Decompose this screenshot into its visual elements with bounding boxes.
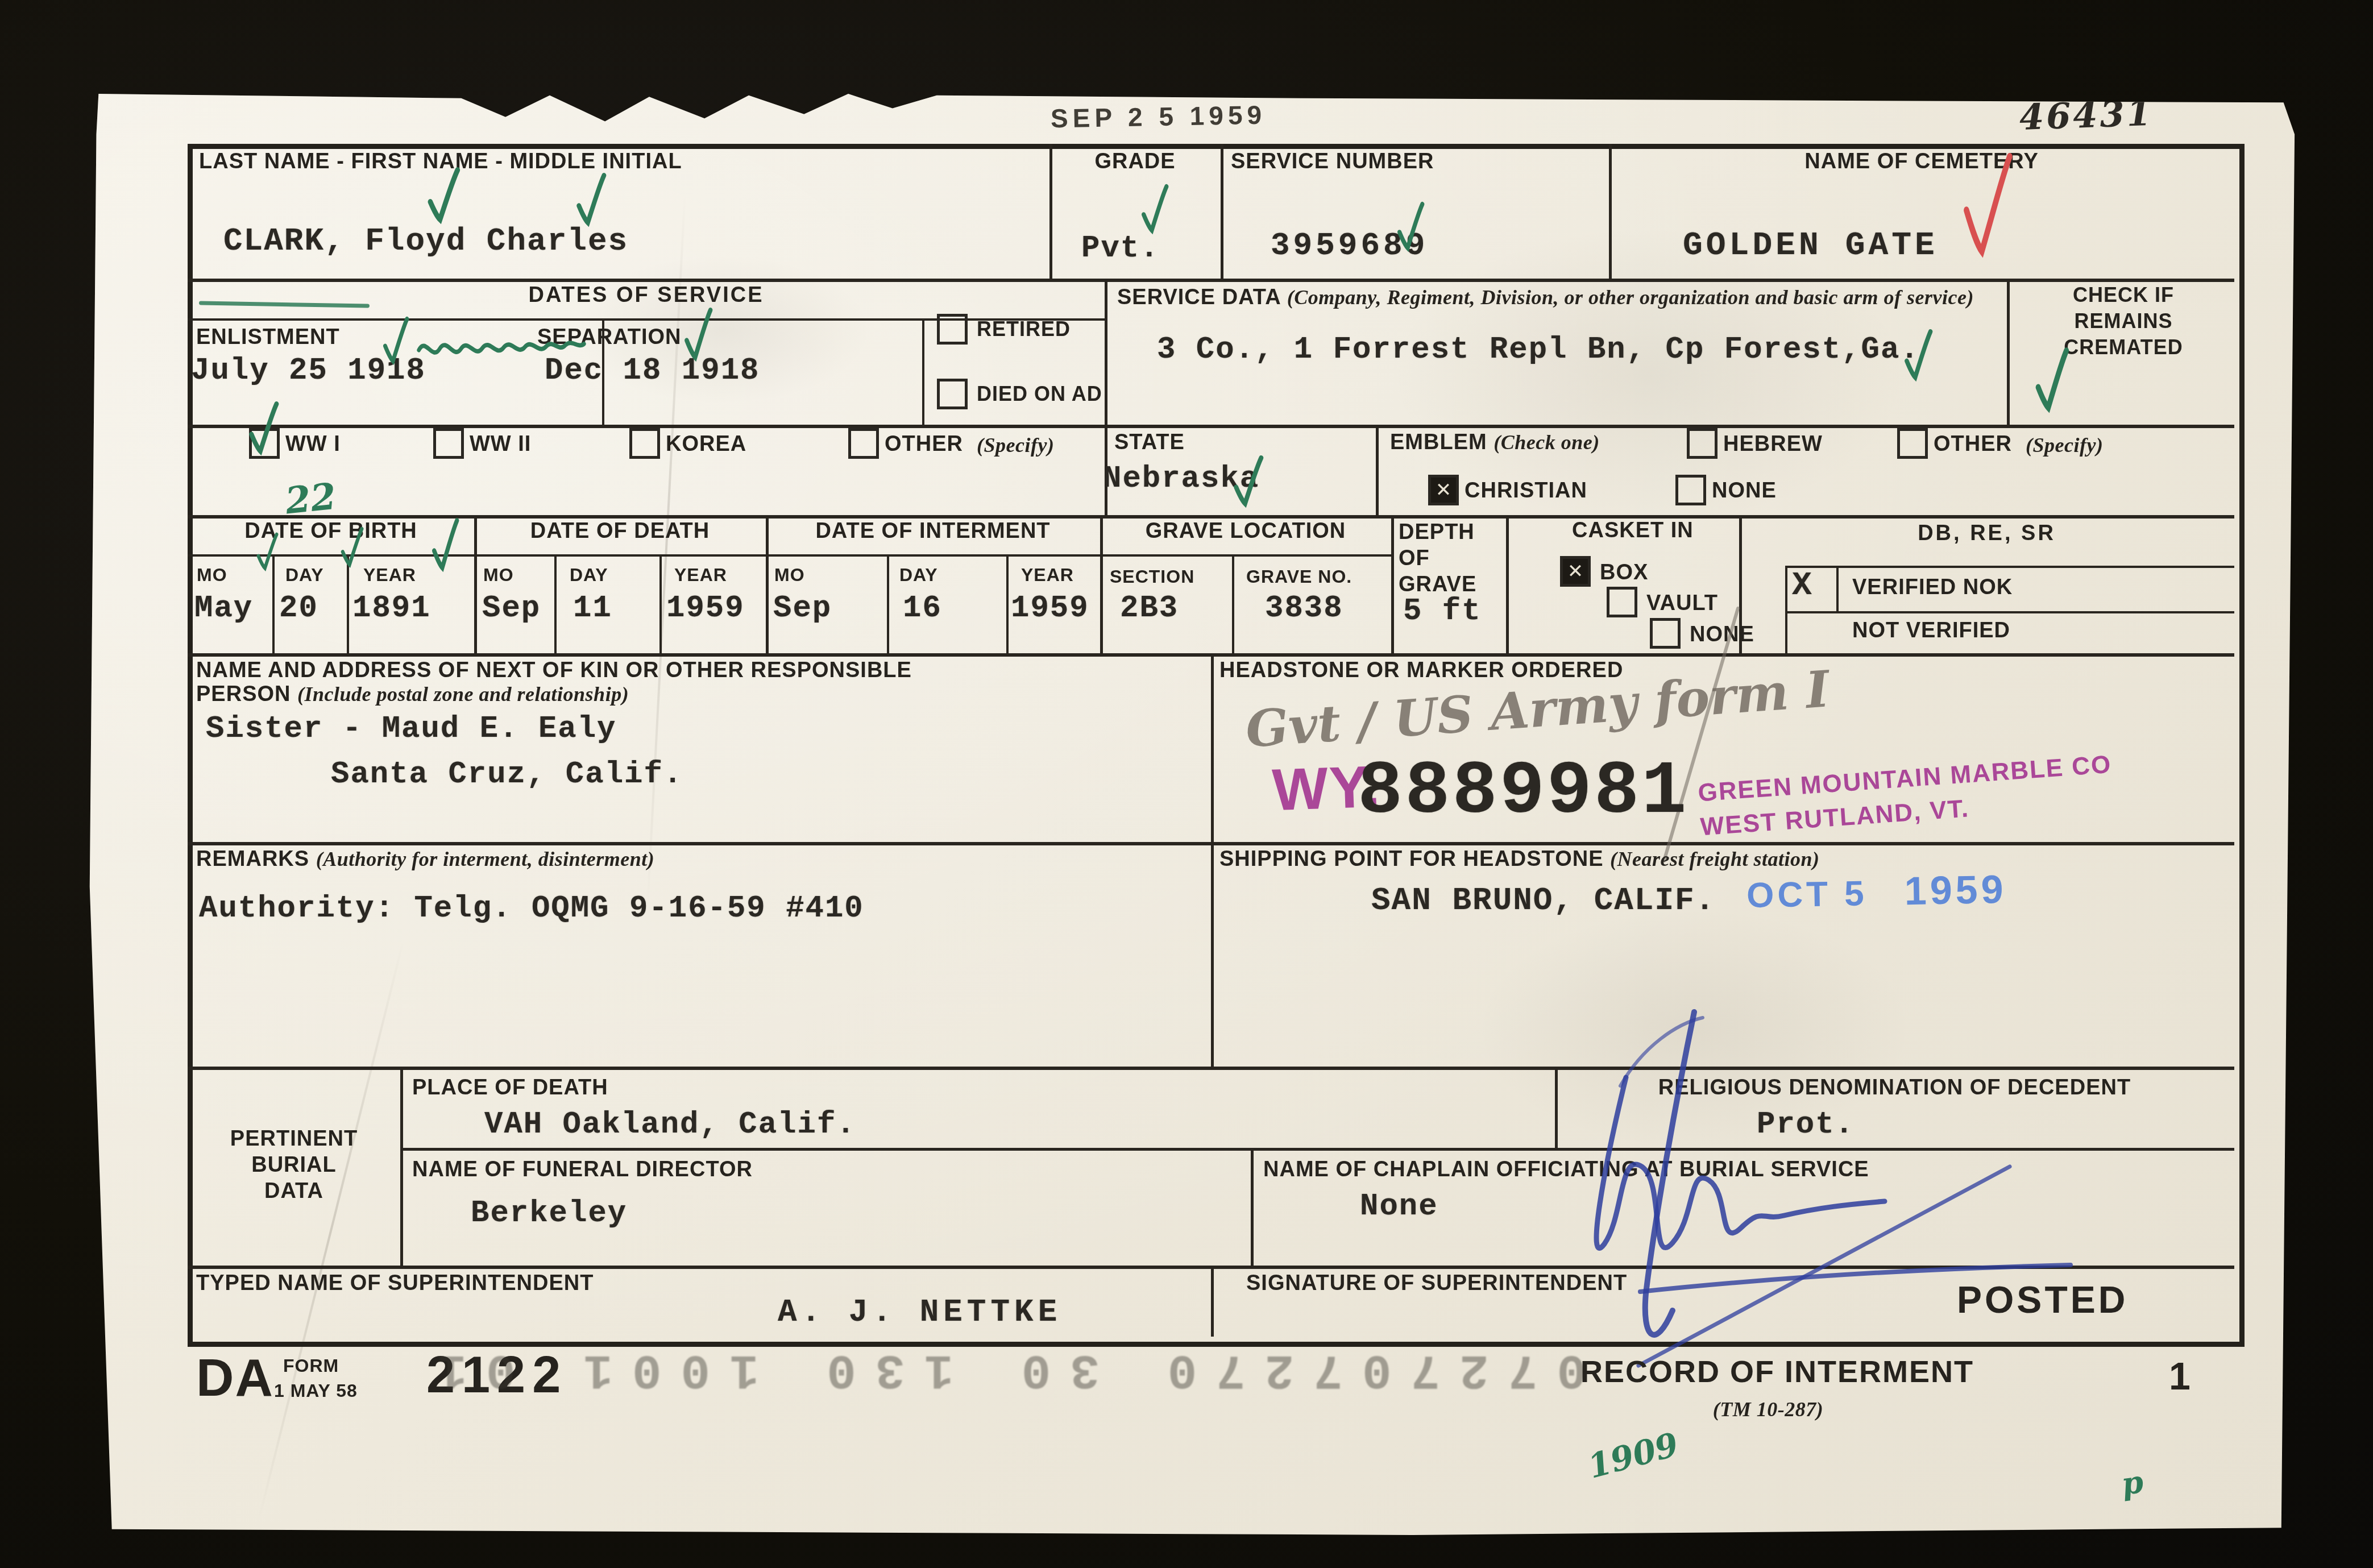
date-received-stamp: SEP 2 5 1959 — [1051, 99, 1267, 134]
shipping-point-value: SAN BRUNO, CALIF. — [1371, 882, 1715, 919]
emblem-none-label: NONE — [1712, 479, 1777, 503]
service-data-label: SERVICE DATA (Company, Regiment, Divisio… — [1117, 284, 1987, 310]
dob-year-value: 1891 — [352, 591, 431, 626]
nok-label-line1: NAME AND ADDRESS OF NEXT OF KIN OR OTHER… — [196, 658, 912, 683]
nok-label-person: PERSON — [196, 682, 291, 706]
decedent-name-value: CLARK, Floyd Charles — [223, 223, 628, 259]
record-of-interment-title: RECORD OF INTERMENT — [1580, 1354, 1974, 1389]
green-handwritten-year: 1909 — [1584, 1425, 1683, 1486]
nok-label-line2: PERSON (Include postal zone and relation… — [196, 682, 629, 707]
green-handwritten-mark: p — [2119, 1463, 2146, 1503]
divider-line — [1211, 653, 1214, 842]
dod-header: DATE OF DEATH — [474, 519, 766, 544]
dod-year-value: 1959 — [666, 591, 745, 626]
headstone-number-value: 8889981 — [1358, 749, 1689, 835]
other-war-checkbox — [848, 428, 879, 459]
divider-line — [1251, 1148, 1254, 1266]
form-paper: SEP 2 5 1959 46431 LAST NAME - FIRST NAM… — [85, 91, 2297, 1538]
place-of-death-value: VAH Oakland, Calif. — [484, 1107, 856, 1142]
doi-year-value: 1959 — [1011, 591, 1089, 626]
doi-year-label: YEAR — [1021, 565, 1074, 586]
died-on-ad-label: DIED ON AD — [977, 382, 1102, 406]
green-check-icon — [2034, 347, 2069, 412]
shipping-stamp-year: 1959 — [1904, 867, 2007, 913]
emblem-label: EMBLEM (Check one) — [1390, 430, 1600, 455]
cemetery-field-label: NAME OF CEMETERY — [1609, 150, 2234, 174]
divider-line — [1785, 566, 2234, 568]
form-word: FORM — [283, 1355, 339, 1376]
dod-day-label: DAY — [570, 565, 608, 586]
service-data-value: 3 Co., 1 Forrest Repl Bn, Cp Forest,Ga. — [1157, 333, 1920, 367]
dob-mo-label: MO — [197, 565, 227, 586]
pertinent-burial-data-label: PERTINENT BURIAL DATA — [188, 1126, 400, 1204]
shipping-point-label: SHIPPING POINT FOR HEADSTONE (Nearest fr… — [1219, 847, 1820, 872]
depth-label-line1: DEPTH — [1399, 519, 1476, 545]
ww1-label: WW I — [285, 432, 341, 457]
cremated-label-line2: REMAINS — [2013, 308, 2234, 334]
dod-mo-label: MO — [483, 565, 514, 586]
nok-value-line1: Sister - Maud E. Ealy — [206, 712, 617, 746]
ww2-label: WW II — [470, 432, 531, 457]
service-data-label-note: (Company, Regiment, Division, or other o… — [1287, 286, 1974, 309]
green-check-icon — [1140, 184, 1169, 234]
casket-box-label: BOX — [1600, 561, 1648, 585]
casket-box-checkbox-checked: ✕ — [1560, 556, 1591, 587]
green-check-icon — [1903, 329, 1933, 381]
divider-line — [1785, 566, 1787, 653]
hebrew-checkbox — [1687, 428, 1717, 459]
dod-day-value: 11 — [573, 591, 612, 626]
divider-line — [1105, 279, 1107, 425]
shipping-label-text: SHIPPING POINT FOR HEADSTONE — [1219, 847, 1603, 871]
green-scribble-icon — [416, 333, 587, 364]
died-on-ad-checkbox — [937, 379, 968, 409]
retired-checkbox — [937, 314, 968, 345]
verified-x-mark: X — [1792, 567, 1813, 604]
dates-of-service-header: DATES OF SERVICE — [188, 283, 1105, 308]
doi-header: DATE OF INTERMENT — [766, 519, 1100, 544]
shipping-date-stamp: OCT 5 1959 — [1746, 866, 2007, 916]
divider-line — [188, 515, 2234, 518]
depth-label-line2: OF — [1399, 545, 1476, 571]
emblem-label-note: (Check one) — [1494, 431, 1599, 454]
divider-line — [1506, 515, 1509, 653]
grade-value: Pvt. — [1081, 231, 1160, 266]
faint-upside-down-digits: 072707270 30 130 1001 01 — [654, 1342, 1586, 1397]
remarks-label: REMARKS (Authority for interment, disint… — [196, 847, 654, 872]
cremated-label-line1: CHECK IF — [2013, 282, 2234, 308]
not-verified-label: NOT VERIFIED — [1852, 619, 2010, 643]
divider-line — [1836, 566, 1839, 613]
doi-mo-value: Sep — [773, 591, 832, 626]
green-check-icon — [683, 307, 713, 361]
divider-line — [188, 554, 1391, 557]
korea-checkbox — [629, 428, 660, 459]
christian-label: CHRISTIAN — [1465, 479, 1587, 503]
funeral-director-label: NAME OF FUNERAL DIRECTOR — [412, 1158, 753, 1182]
green-check-icon — [431, 517, 459, 571]
grave-no-value: 3838 — [1265, 591, 1343, 626]
dob-year-label: YEAR — [363, 565, 416, 586]
green-check-icon — [340, 526, 364, 567]
divider-line — [1221, 144, 1223, 279]
grade-field-label: GRADE — [1049, 150, 1221, 174]
green-check-icon — [426, 167, 461, 223]
dob-day-value: 20 — [279, 591, 318, 626]
divider-line — [188, 279, 2234, 282]
green-check-icon — [1396, 201, 1425, 251]
remarks-label-note: (Authority for interment, disinterment) — [316, 848, 655, 870]
db-re-sr-label: DB, RE, SR — [1739, 521, 2234, 546]
divider-line — [922, 318, 924, 425]
chaplain-value: None — [1360, 1189, 1438, 1224]
grave-location-header: GRAVE LOCATION — [1100, 519, 1391, 544]
red-check-icon — [1960, 152, 2014, 258]
scanned-interment-record: { "colors": { "green_ink": "#2e7b58", "r… — [0, 0, 2373, 1568]
service-data-label-text: SERVICE DATA — [1117, 285, 1280, 309]
typed-superintendent-value: A. J. NETTKE — [778, 1294, 1061, 1330]
ww2-checkbox — [433, 428, 464, 459]
divider-line — [1232, 554, 1234, 653]
korea-label: KOREA — [666, 432, 746, 457]
divider-line — [1391, 515, 1394, 653]
state-label: STATE — [1114, 430, 1185, 455]
record-note: (TM 10-287) — [1580, 1397, 1956, 1421]
dod-year-label: YEAR — [674, 565, 727, 586]
doi-day-value: 16 — [903, 591, 942, 626]
divider-line — [659, 554, 662, 653]
cemetery-value: GOLDEN GATE — [1683, 227, 1938, 264]
emblem-other-checkbox — [1897, 428, 1928, 459]
divider-line — [2007, 279, 2010, 425]
depth-label: DEPTH OF GRAVE — [1399, 519, 1476, 598]
x-mark: ✕ — [1431, 478, 1456, 503]
casket-in-label: CASKET IN — [1572, 518, 1694, 543]
green-check-icon — [248, 401, 279, 455]
other-war-note: (Specify) — [977, 433, 1054, 457]
divider-line — [887, 554, 889, 653]
section-value: 2B3 — [1120, 591, 1179, 626]
form-date: 1 MAY 58 — [274, 1380, 358, 1401]
nok-label-note: (Include postal zone and relationship) — [297, 683, 629, 706]
retired-label: RETIRED — [977, 317, 1071, 341]
shipping-label-note: (Nearest freight station) — [1610, 848, 1820, 870]
divider-line — [1006, 554, 1009, 653]
remarks-value: Authority: Telg. OQMG 9-16-59 #410 — [199, 891, 864, 926]
section-label: SECTION — [1110, 566, 1194, 587]
depth-value: 5 ft — [1403, 594, 1482, 629]
green-check-icon — [575, 172, 607, 226]
service-number-field-label: SERVICE NUMBER — [1231, 150, 1434, 174]
shipping-stamp-month-day: OCT 5 — [1746, 874, 1868, 915]
green-handwritten-22: 22 — [283, 475, 338, 523]
doi-day-label: DAY — [899, 565, 938, 586]
divider-line — [400, 1067, 403, 1266]
grave-no-label: GRAVE NO. — [1246, 566, 1352, 587]
divider-line — [1211, 1266, 1214, 1337]
hebrew-label: HEBREW — [1723, 432, 1823, 457]
dob-day-label: DAY — [285, 565, 324, 586]
nok-value-line2: Santa Cruz, Calif. — [331, 757, 683, 792]
typed-superintendent-label: TYPED NAME OF SUPERINTENDENT — [196, 1271, 594, 1296]
divider-line — [347, 554, 349, 653]
green-check-icon — [382, 316, 409, 364]
divider-line — [554, 554, 557, 653]
dob-mo-value: May — [194, 591, 253, 626]
divider-line — [1376, 425, 1379, 515]
da-text: DA — [196, 1349, 274, 1408]
emblem-other-label: OTHER — [1934, 432, 2012, 457]
christian-checkbox-checked: ✕ — [1428, 475, 1459, 505]
doi-mo-label: MO — [774, 565, 805, 586]
divider-line — [1785, 611, 2234, 613]
x-mark: ✕ — [1563, 559, 1588, 584]
green-check-icon — [256, 532, 279, 571]
page-number: 1 — [2169, 1354, 2191, 1399]
place-of-death-label: PLACE OF DEATH — [412, 1076, 608, 1100]
casket-vault-checkbox — [1607, 587, 1637, 617]
emblem-label-text: EMBLEM — [1390, 430, 1487, 454]
funeral-director-value: Berkeley — [471, 1196, 627, 1231]
verified-nok-label: VERIFIED NOK — [1852, 575, 2013, 600]
green-check-icon — [1233, 455, 1264, 507]
pertinent-line2: BURIAL — [188, 1152, 400, 1178]
enlistment-label: ENLISTMENT — [196, 325, 340, 350]
remarks-label-text: REMARKS — [196, 847, 309, 871]
other-war-label: OTHER — [885, 432, 963, 457]
emblem-other-note: (Specify) — [2026, 433, 2103, 457]
divider-line — [1211, 842, 1214, 1067]
dod-mo-value: Sep — [482, 591, 541, 626]
handwritten-serial: 46431 — [2019, 92, 2154, 138]
emblem-none-checkbox — [1675, 475, 1706, 505]
pertinent-line3: DATA — [188, 1178, 400, 1204]
pertinent-line1: PERTINENT — [188, 1126, 400, 1152]
